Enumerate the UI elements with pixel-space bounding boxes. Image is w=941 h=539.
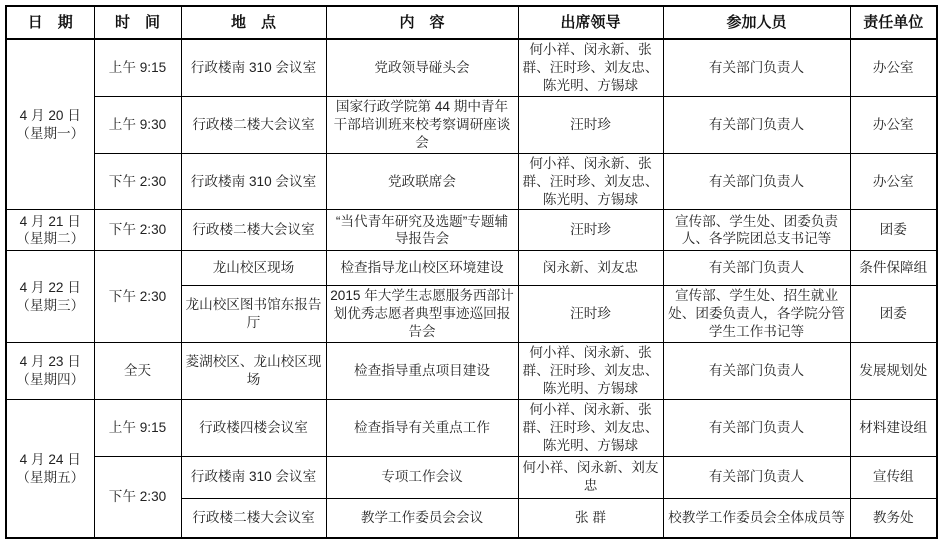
participants-cell: 校教学工作委员会全体成员等 [663, 498, 850, 538]
place-cell: 龙山校区图书馆东报告厅 [181, 286, 326, 343]
unit-cell: 办公室 [850, 96, 937, 153]
leaders-cell: 何小祥、闵永新、张群、汪时珍、刘友忠、陈光明、方锡球 [518, 400, 663, 457]
content-cell: 2015 年大学生志愿服务西部计划优秀志愿者典型事迹巡回报告会 [326, 286, 518, 343]
place-cell: 行政楼南 310 会议室 [181, 153, 326, 210]
place-cell: 行政楼南 310 会议室 [181, 456, 326, 498]
date-cell: 4 月 22 日（星期三） [6, 251, 94, 343]
participants-cell: 有关部门负责人 [663, 251, 850, 286]
participants-cell: 有关部门负责人 [663, 96, 850, 153]
header-content: 内 容 [326, 6, 518, 39]
date-cell: 4 月 21 日（星期二） [6, 210, 94, 251]
participants-cell: 有关部门负责人 [663, 153, 850, 210]
content-cell: 检查指导重点项目建设 [326, 343, 518, 400]
unit-cell: 条件保障组 [850, 251, 937, 286]
place-cell: 行政楼二楼大会议室 [181, 210, 326, 251]
table-row: 4 月 21 日（星期二） 下午 2:30 行政楼二楼大会议室 “当代青年研究及… [6, 210, 937, 251]
participants-cell: 有关部门负责人 [663, 456, 850, 498]
leaders-cell: 何小祥、闵永新、张群、汪时珍、刘友忠、陈光明、方锡球 [518, 343, 663, 400]
leaders-cell: 张 群 [518, 498, 663, 538]
time-cell: 上午 9:15 [94, 400, 181, 457]
leaders-cell: 汪时珍 [518, 286, 663, 343]
participants-cell: 宣传部、学生处、招生就业处、团委负责人，各学院分管学生工作书记等 [663, 286, 850, 343]
leaders-cell: 汪时珍 [518, 96, 663, 153]
unit-cell: 团委 [850, 210, 937, 251]
header-date: 日 期 [6, 6, 94, 39]
content-cell: 专项工作会议 [326, 456, 518, 498]
content-cell: 教学工作委员会会议 [326, 498, 518, 538]
leaders-cell: 何小祥、闵永新、刘友忠 [518, 456, 663, 498]
time-cell: 下午 2:30 [94, 210, 181, 251]
table-row: 4 月 22 日（星期三） 下午 2:30 龙山校区现场 检查指导龙山校区环境建… [6, 251, 937, 286]
schedule-page: 日 期 时 间 地 点 内 容 出席领导 参加人员 责任单位 4 月 20 日（… [0, 0, 941, 503]
participants-cell: 有关部门负责人 [663, 343, 850, 400]
place-cell: 行政楼四楼会议室 [181, 400, 326, 457]
time-cell: 下午 2:30 [94, 251, 181, 343]
header-row: 日 期 时 间 地 点 内 容 出席领导 参加人员 责任单位 [6, 6, 937, 39]
time-cell: 上午 9:15 [94, 39, 181, 96]
place-cell: 行政楼二楼大会议室 [181, 96, 326, 153]
unit-cell: 团委 [850, 286, 937, 343]
content-cell: 国家行政学院第 44 期中青年干部培训班来校考察调研座谈会 [326, 96, 518, 153]
date-cell: 4 月 23 日（星期四） [6, 343, 94, 400]
place-cell: 菱湖校区、龙山校区现场 [181, 343, 326, 400]
table-row: 下午 2:30 行政楼南 310 会议室 专项工作会议 何小祥、闵永新、刘友忠 … [6, 456, 937, 498]
unit-cell: 教务处 [850, 498, 937, 538]
table-row: 上午 9:30 行政楼二楼大会议室 国家行政学院第 44 期中青年干部培训班来校… [6, 96, 937, 153]
content-cell: 检查指导龙山校区环境建设 [326, 251, 518, 286]
place-cell: 行政楼二楼大会议室 [181, 498, 326, 538]
content-cell: 党政领导碰头会 [326, 39, 518, 96]
participants-cell: 有关部门负责人 [663, 39, 850, 96]
time-cell: 下午 2:30 [94, 456, 181, 538]
time-cell: 上午 9:30 [94, 96, 181, 153]
header-leaders: 出席领导 [518, 6, 663, 39]
content-cell: 检查指导有关重点工作 [326, 400, 518, 457]
leaders-cell: 闵永新、刘友忠 [518, 251, 663, 286]
time-cell: 下午 2:30 [94, 153, 181, 210]
place-cell: 龙山校区现场 [181, 251, 326, 286]
table-row: 下午 2:30 行政楼南 310 会议室 党政联席会 何小祥、闵永新、张群、汪时… [6, 153, 937, 210]
table-row: 4 月 23 日（星期四） 全天 菱湖校区、龙山校区现场 检查指导重点项目建设 … [6, 343, 937, 400]
place-cell: 行政楼南 310 会议室 [181, 39, 326, 96]
header-unit: 责任单位 [850, 6, 937, 39]
leaders-cell: 何小祥、闵永新、张群、汪时珍、刘友忠、陈光明、方锡球 [518, 39, 663, 96]
time-cell: 全天 [94, 343, 181, 400]
unit-cell: 发展规划处 [850, 343, 937, 400]
leaders-cell: 汪时珍 [518, 210, 663, 251]
content-cell: 党政联席会 [326, 153, 518, 210]
content-cell: “当代青年研究及选题”专题辅导报告会 [326, 210, 518, 251]
table-row: 4 月 24 日（星期五） 上午 9:15 行政楼四楼会议室 检查指导有关重点工… [6, 400, 937, 457]
schedule-table: 日 期 时 间 地 点 内 容 出席领导 参加人员 责任单位 4 月 20 日（… [5, 5, 938, 539]
unit-cell: 办公室 [850, 39, 937, 96]
participants-cell: 有关部门负责人 [663, 400, 850, 457]
unit-cell: 宣传组 [850, 456, 937, 498]
header-time: 时 间 [94, 6, 181, 39]
participants-cell: 宣传部、学生处、团委负责人、各学院团总支书记等 [663, 210, 850, 251]
table-row: 4 月 20 日（星期一） 上午 9:15 行政楼南 310 会议室 党政领导碰… [6, 39, 937, 96]
unit-cell: 材料建设组 [850, 400, 937, 457]
date-cell: 4 月 20 日（星期一） [6, 39, 94, 210]
leaders-cell: 何小祥、闵永新、张群、汪时珍、刘友忠、陈光明、方锡球 [518, 153, 663, 210]
date-cell: 4 月 24 日（星期五） [6, 400, 94, 539]
header-participants: 参加人员 [663, 6, 850, 39]
unit-cell: 办公室 [850, 153, 937, 210]
header-place: 地 点 [181, 6, 326, 39]
